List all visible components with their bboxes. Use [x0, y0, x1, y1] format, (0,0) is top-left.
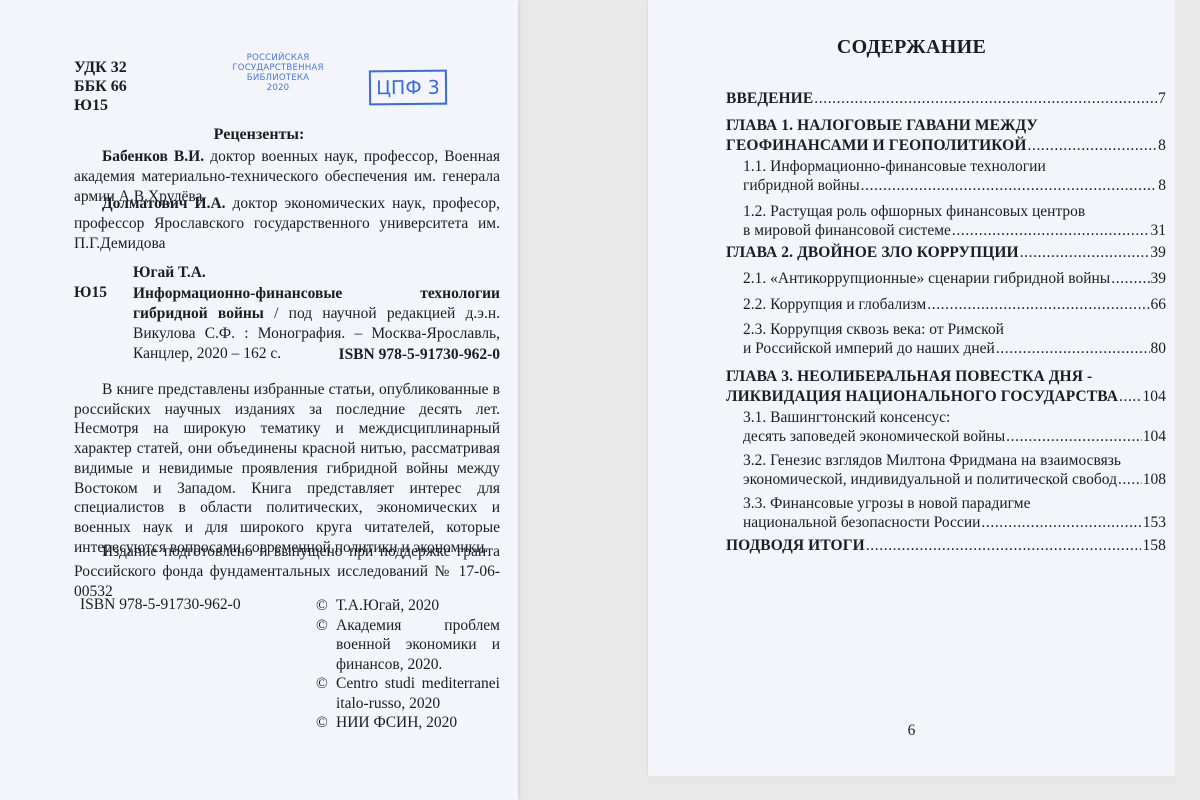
dot-leader [952, 221, 1150, 241]
toc-entry-label: национальной безопасности России [743, 513, 980, 533]
toc-entry-label: в мировой финансовой системе [743, 221, 951, 241]
toc-section-link[interactable]: 2.1. «Антикоррупционные» сценарии гибрид… [726, 269, 1166, 289]
toc-entry-label: ПОДВОДЯ ИТОГИ [726, 536, 865, 556]
abstract: В книге представлены избранные статьи, о… [74, 380, 500, 557]
classification-codes: УДК 32 ББК 66 Ю15 [74, 58, 127, 115]
toc-page-number: 104 [1142, 387, 1166, 407]
dot-leader [927, 295, 1149, 315]
toc-page-number: 66 [1151, 295, 1167, 315]
toc-entry-label: ГЛАВА 3. НЕОЛИБЕРАЛЬНАЯ ПОВЕСТКА ДНЯ - [726, 366, 1166, 387]
toc-chapter-link[interactable]: ГЛАВА 3. НЕОЛИБЕРАЛЬНАЯ ПОВЕСТКА ДНЯ -ЛИ… [726, 366, 1166, 407]
toc-page-number: 108 [1143, 470, 1166, 490]
library-stamp-line: ГОСУДАРСТВЕННАЯ [226, 63, 330, 73]
udk-code: УДК 32 [74, 58, 127, 77]
toc-entry-label: 3.1. Вашингтонский консенсус: [743, 409, 1166, 427]
toc-entry-label: ВВЕДЕНИЕ [726, 89, 813, 109]
toc-entry-row: национальной безопасности России153 [743, 513, 1166, 533]
toc-section-link[interactable]: 1.1. Информационно-финансовые технологии… [726, 158, 1166, 196]
toc-page-number: 8 [1158, 136, 1166, 156]
copyright-holder: Т.А.Югай, 2020 [336, 596, 500, 616]
toc-entry-label: ГЛАВА 2. ДВОЙНОЕ ЗЛО КОРРУПЦИИ [726, 243, 1019, 263]
toc-section-link[interactable]: 3.1. Вашингтонский консенсус:десять запо… [726, 409, 1166, 447]
toc-page-number: 153 [1143, 513, 1166, 533]
toc-entry-label: 3.3. Финансовые угрозы в новой парадигме [743, 495, 1166, 513]
toc-entry-row: и Российской империй до наших дней80 [743, 339, 1166, 359]
toc-section-link[interactable]: 3.3. Финансовые угрозы в новой парадигме… [726, 495, 1166, 533]
toc-section-link[interactable]: 2.3. Коррупция сквозь века: от Римскойи … [726, 321, 1166, 359]
copyright-item: ©НИИ ФСИН, 2020 [316, 713, 500, 733]
toc-entry-label: гибридной войны [743, 176, 860, 196]
isbn: ISBN 978-5-91730-962-0 [80, 596, 241, 614]
toc-entry-label: 3.2. Генезис взглядов Милтона Фридмана н… [743, 452, 1166, 470]
dot-leader [861, 176, 1158, 196]
dot-leader [1028, 136, 1158, 156]
toc-page-number: 7 [1158, 89, 1166, 109]
reviewers-heading: Рецензенты: [0, 126, 518, 144]
library-stamp-line: РОССИЙСКАЯ [226, 53, 330, 63]
left-page: УДК 32 ББК 66 Ю15 РОССИЙСКАЯ ГОСУДАРСТВЕ… [0, 0, 518, 800]
toc-entry-row: в мировой финансовой системе31 [743, 221, 1166, 241]
shelf-code: Ю15 [74, 284, 107, 302]
toc-chapter-link[interactable]: ГЛАВА 2. ДВОЙНОЕ ЗЛО КОРРУПЦИИ39 [726, 243, 1166, 263]
toc-entry-label: ГЕОФИНАНСАМИ И ГЕОПОЛИТИКОЙ [726, 136, 1027, 156]
toc-entry-label: десять заповедей экономической войны [743, 427, 1005, 447]
toc-entry-row: 2.2. Коррупция и глобализм66 [743, 295, 1166, 315]
toc-chapter-link[interactable]: ПОДВОДЯ ИТОГИ158 [726, 536, 1166, 556]
toc-page-number: 31 [1151, 221, 1167, 241]
reviewer-name: Долматович И.А. [102, 195, 226, 212]
toc-entry-row: экономической, индивидуальной и политиче… [743, 470, 1166, 490]
dot-leader [981, 513, 1141, 533]
copyright-icon: © [316, 674, 336, 713]
toc-page-number: 80 [1151, 339, 1167, 359]
library-stamp-line: БИБЛИОТЕКА [226, 73, 330, 83]
isbn-bold: ISBN 978-5-91730-962-0 [339, 346, 500, 364]
copyright-holder: Centro studi mediterranei italo-russo, 2… [336, 674, 500, 713]
dot-leader [996, 339, 1150, 359]
toc-entry-row: ВВЕДЕНИЕ7 [726, 89, 1166, 109]
toc-page-number: 158 [1142, 536, 1166, 556]
copyright-item: ©Т.А.Югай, 2020 [316, 596, 500, 616]
toc-entry-row: ГЕОФИНАНСАМИ И ГЕОПОЛИТИКОЙ8 [726, 136, 1166, 156]
toc-section-link[interactable]: 1.2. Растущая роль офшорных финансовых ц… [726, 203, 1166, 241]
toc-section-link[interactable]: 2.2. Коррупция и глобализм66 [726, 295, 1166, 315]
toc-entry-row: ЛИКВИДАЦИЯ НАЦИОНАЛЬНОГО ГОСУДАРСТВА104 [726, 387, 1166, 407]
author-name: Югай Т.А. [133, 264, 206, 282]
library-stamp: РОССИЙСКАЯ ГОСУДАРСТВЕННАЯ БИБЛИОТЕКА 20… [226, 53, 330, 93]
toc-title: СОДЕРЖАНИЕ [648, 36, 1175, 59]
toc-entry-row: гибридной войны8 [743, 176, 1166, 196]
dot-leader [814, 89, 1157, 109]
toc-entry-label: и Российской империй до наших дней [743, 339, 995, 359]
toc-entry-label: 2.2. Коррупция и глобализм [743, 295, 926, 315]
copyright-holder: НИИ ФСИН, 2020 [336, 713, 500, 733]
dot-leader [1118, 470, 1142, 490]
toc-section-link[interactable]: 3.2. Генезис взглядов Милтона Фридмана н… [726, 452, 1166, 490]
toc-chapter-link[interactable]: ВВЕДЕНИЕ7 [726, 89, 1166, 109]
toc-page-number: 104 [1143, 427, 1166, 447]
toc-entry-label: 1.2. Растущая роль офшорных финансовых ц… [743, 203, 1166, 221]
toc-page-number: 39 [1150, 243, 1166, 263]
toc-entry-label: экономической, индивидуальной и политиче… [743, 470, 1117, 490]
copyright-list: ©Т.А.Югай, 2020©Академия проблем военной… [316, 596, 500, 733]
dot-leader [1111, 269, 1149, 289]
right-page: СОДЕРЖАНИЕ ВВЕДЕНИЕ7ГЛАВА 1. НАЛОГОВЫЕ Г… [648, 0, 1175, 776]
grant-note: Издание подготовлено и выпущено при подд… [74, 542, 500, 602]
dot-leader [1119, 387, 1141, 407]
reviewer-name: Бабенков В.И. [102, 148, 204, 165]
copyright-icon: © [316, 596, 336, 616]
toc-entry-label: 1.1. Информационно-финансовые технологии [743, 158, 1166, 176]
dot-leader [1006, 427, 1142, 447]
toc-entry-label: 2.3. Коррупция сквозь века: от Римской [743, 321, 1166, 339]
library-stamp-line: 2020 [226, 83, 330, 93]
toc-entry-row: ГЛАВА 2. ДВОЙНОЕ ЗЛО КОРРУПЦИИ39 [726, 243, 1166, 263]
toc-entry-label: ГЛАВА 1. НАЛОГОВЫЕ ГАВАНИ МЕЖДУ [726, 115, 1166, 136]
bbk-code: ББК 66 [74, 77, 127, 96]
toc-entry-row: десять заповедей экономической войны104 [743, 427, 1166, 447]
copyright-holder: Академия проблем военной экономики и фин… [336, 616, 500, 675]
page-number: 6 [648, 722, 1175, 740]
author-mark: Ю15 [74, 96, 127, 115]
copyright-icon: © [316, 713, 336, 733]
copyright-item: ©Centro studi mediterranei italo-russo, … [316, 674, 500, 713]
copyright-item: ©Академия проблем военной экономики и фи… [316, 616, 500, 675]
copyright-icon: © [316, 616, 336, 675]
dot-leader [866, 536, 1142, 556]
reviewer-entry: Долматович И.А. доктор экономических нау… [74, 194, 500, 254]
box-stamp: ЦПФ 3 [369, 70, 447, 106]
toc-entry-row: ПОДВОДЯ ИТОГИ158 [726, 536, 1166, 556]
toc-entry-label: 2.1. «Антикоррупционные» сценарии гибрид… [743, 269, 1110, 289]
toc-page-number: 39 [1151, 269, 1167, 289]
toc-entry-label: ЛИКВИДАЦИЯ НАЦИОНАЛЬНОГО ГОСУДАРСТВА [726, 387, 1118, 407]
toc-page-number: 8 [1158, 176, 1166, 196]
toc-entry-row: 2.1. «Антикоррупционные» сценарии гибрид… [743, 269, 1166, 289]
toc-chapter-link[interactable]: ГЛАВА 1. НАЛОГОВЫЕ ГАВАНИ МЕЖДУГЕОФИНАНС… [726, 115, 1166, 156]
dot-leader [1020, 243, 1150, 263]
